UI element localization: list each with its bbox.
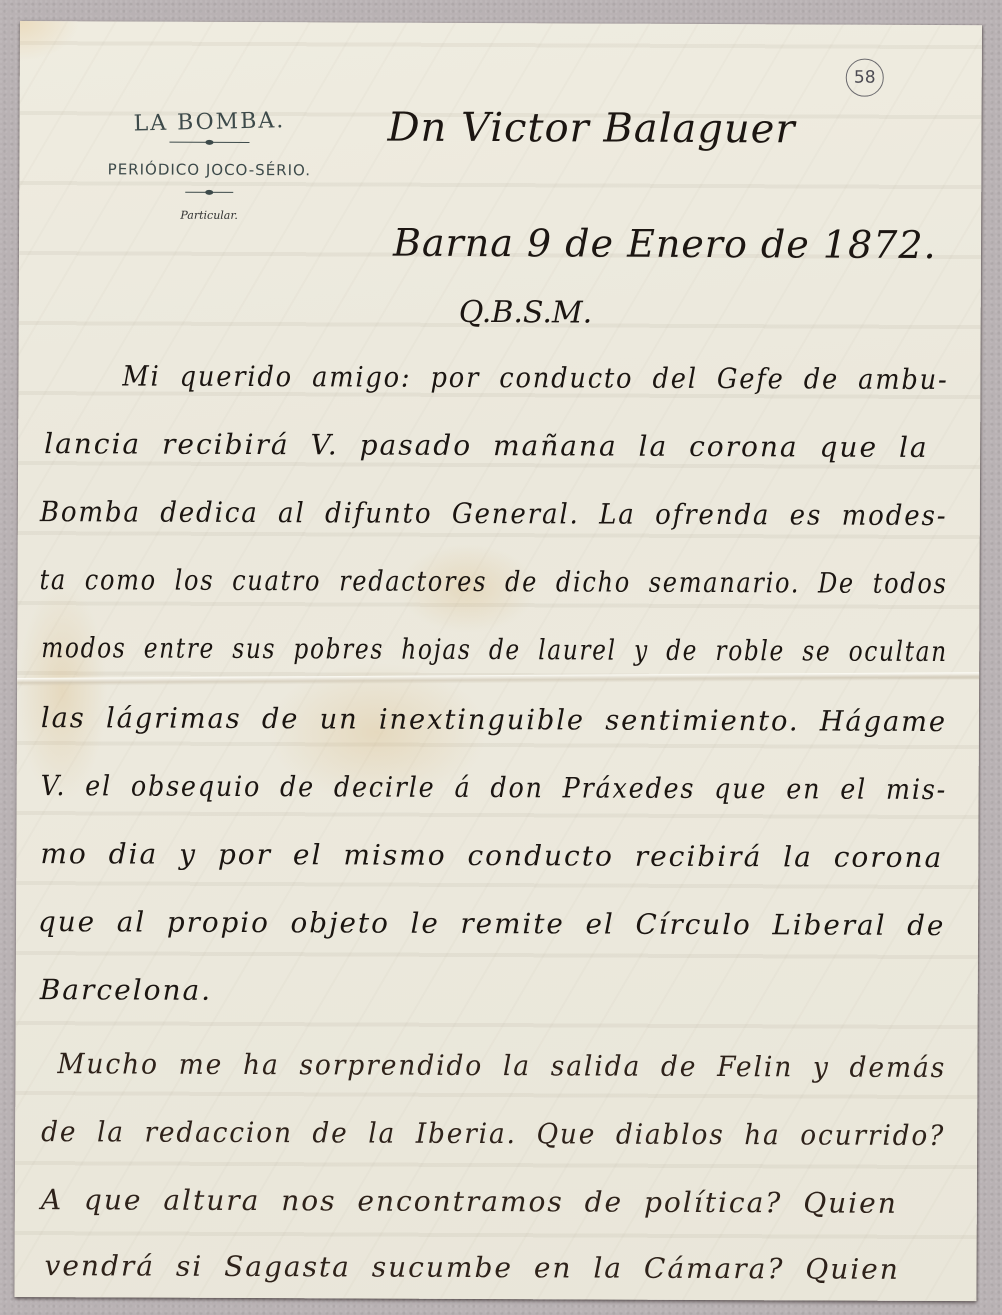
paper-stain (20, 21, 80, 61)
letter-body: Mi querido amigo: por conducto del Gefe … (20, 21, 982, 25)
body-line: de la redaccion de la Iberia. Que diablo… (41, 1115, 945, 1152)
body-line: modos entre sus pobres hojas de laurel y… (41, 631, 948, 668)
body-line: Mi querido amigo: por conducto del Gefe … (122, 359, 948, 396)
body-line: lancia recibirá V. pasado mañana la coro… (44, 427, 929, 464)
folio-number: 58 (854, 68, 876, 88)
addressee: Dn Victor Balaguer (387, 105, 795, 153)
letterhead-title: LA BOMBA. (133, 108, 285, 136)
body-line: V. el obsequio de decirle á don Práxedes… (41, 769, 948, 806)
letterhead: LA BOMBA. PERIÓDICO JOCO-SÉRIO. Particul… (49, 109, 369, 222)
body-line: Barcelona. (40, 973, 213, 1007)
paper-fold-crease (17, 672, 979, 686)
ornament-divider-icon (169, 139, 249, 147)
reference-mark: Q.B.S.M. (459, 295, 593, 331)
body-line: Bomba dedica al difunto General. La ofre… (40, 495, 948, 532)
letterhead-note: Particular. (49, 208, 369, 222)
body-line: que al propio objeto le remite el Círcul… (38, 905, 945, 942)
body-line: mo dia y por el mismo conducto recibirá … (40, 837, 943, 874)
body-line: vendrá si Sagasta sucumbe en la Cámara? … (44, 1249, 899, 1286)
dateline: Barna 9 de Enero de 1872. (393, 221, 937, 267)
letter-page: 58 LA BOMBA. PERIÓDICO JOCO-SÉRIO. Parti… (14, 21, 982, 1301)
letterhead-subtitle: PERIÓDICO JOCO-SÉRIO. (49, 160, 369, 179)
body-line: A que altura nos encontramos de política… (41, 1183, 898, 1220)
body-line: ta como los cuatro redactores de dicho s… (39, 563, 947, 600)
ornament-divider-icon (185, 189, 233, 197)
body-line: las lágrimas de un inextinguible sentimi… (41, 701, 947, 738)
folio-number-stamp: 58 (846, 59, 884, 97)
body-line: Mucho me ha sorprendido la salida de Fel… (57, 1047, 946, 1084)
